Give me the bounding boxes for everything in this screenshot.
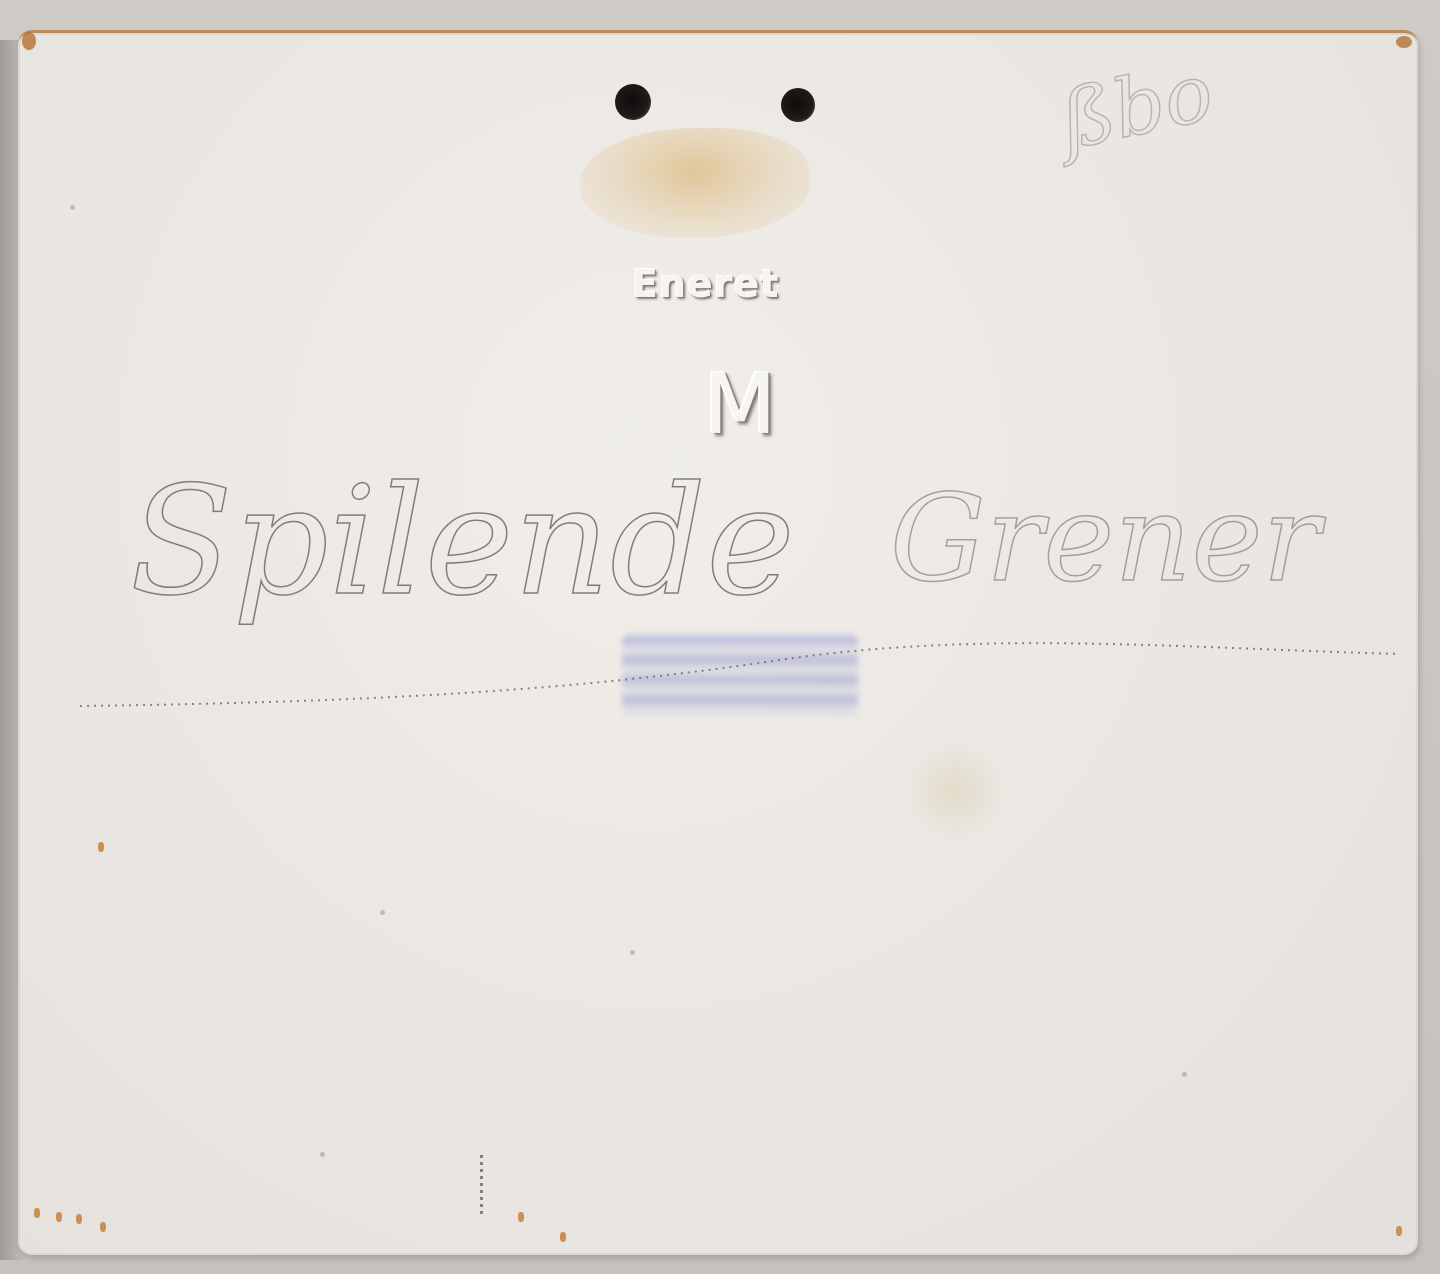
pencil-inscription-title-part1: Spilende: [130, 455, 795, 629]
mounting-hole-right: [781, 88, 815, 122]
impressed-mark-eneret: Eneret: [632, 262, 779, 306]
mounting-hole-left: [615, 84, 651, 120]
impressed-monogram-m: M: [704, 355, 776, 453]
rust-speck: [518, 1212, 524, 1222]
pencil-underline: [80, 640, 1400, 710]
surface-chip: [320, 1152, 325, 1157]
rust-speck: [98, 842, 104, 852]
surface-chip: [380, 910, 385, 915]
rust-speck: [56, 1212, 62, 1222]
rust-speck: [34, 1208, 40, 1218]
surface-chip: [70, 205, 75, 210]
surface-chip: [630, 950, 635, 955]
pencil-inscription-title-part2: Grener: [890, 470, 1320, 609]
rust-stain: [580, 128, 810, 238]
rust-speck: [560, 1232, 566, 1242]
rust-speck: [76, 1214, 82, 1224]
rust-spot-top-left: [22, 32, 36, 50]
faint-stain: [900, 740, 1010, 840]
rust-speck: [100, 1222, 106, 1232]
rust-spot-top-right: [1396, 36, 1412, 48]
surface-chip: [1182, 1072, 1187, 1077]
pencil-mark-bottom: [480, 1155, 483, 1215]
rust-speck: [1396, 1226, 1402, 1236]
